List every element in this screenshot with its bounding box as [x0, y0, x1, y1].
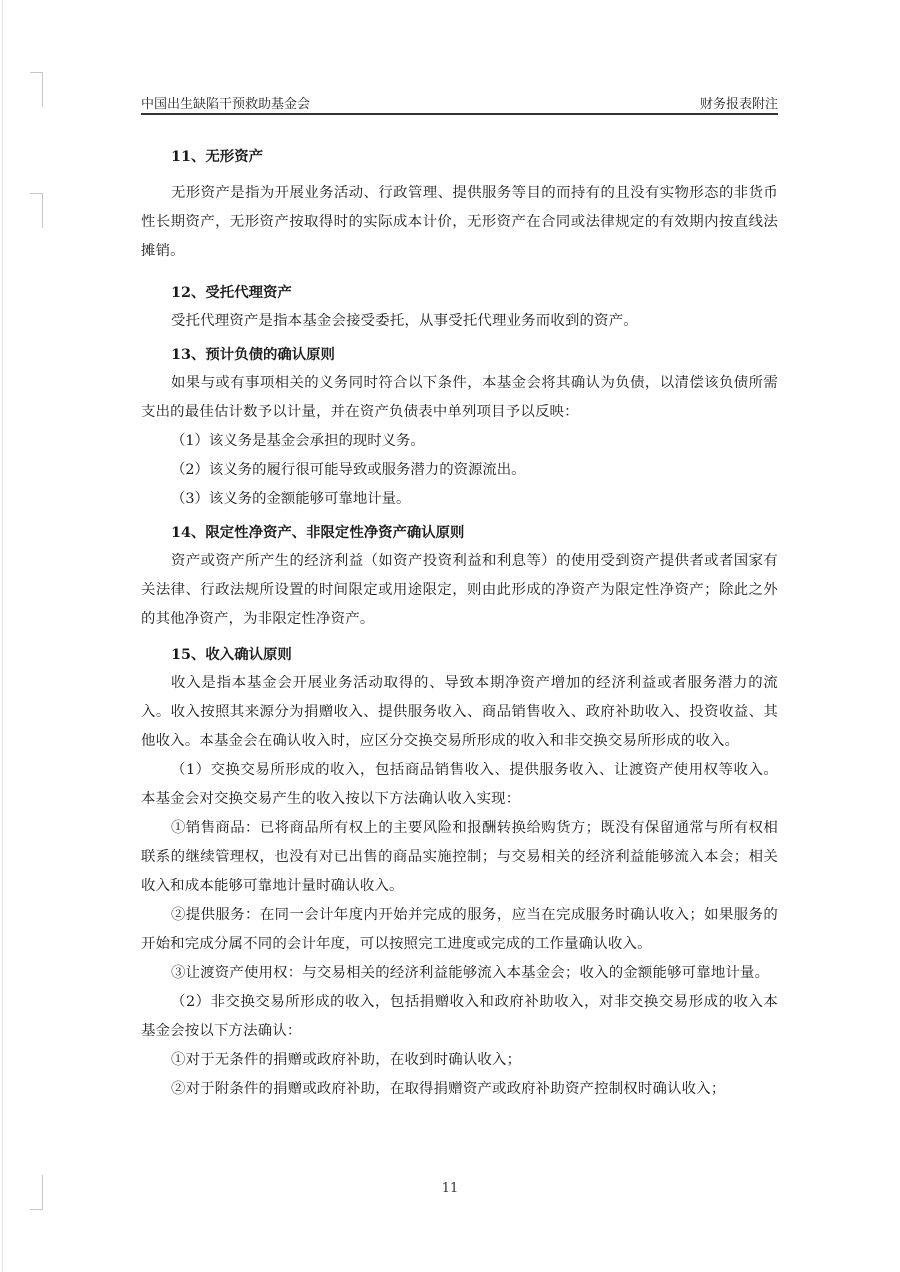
paragraph: ①对于无条件的捐赠或政府补助，在收到时确认收入； — [141, 1046, 778, 1075]
paragraph: （2）非交换交易所形成的收入，包括捐赠收入和政府补助收入，对非交换交易形成的收入… — [141, 988, 778, 1046]
list-item: （3）该义务的金额能够可靠地计量。 — [141, 485, 778, 514]
header-section-name: 财务报表附注 — [700, 93, 778, 112]
section-revenue-recognition: 15、收入确认原则 收入是指本基金会开展业务活动取得的、导致本期净资产增加的经济… — [141, 640, 778, 1104]
section-title: 12、受托代理资产 — [141, 278, 778, 307]
binding-mark — [30, 72, 43, 107]
paragraph: 收入是指本基金会开展业务活动取得的、导致本期净资产增加的经济利益或者服务潜力的流… — [141, 669, 778, 756]
section-title: 11、无形资产 — [141, 142, 778, 171]
header-rule — [141, 113, 778, 115]
section-intangible-assets: 11、无形资产 无形资产是指为开展业务活动、行政管理、提供服务等目的而持有的且没… — [141, 142, 778, 266]
list-item: （2）该义务的履行很可能导致或服务潜力的资源流出。 — [141, 456, 778, 485]
paragraph: 无形资产是指为开展业务活动、行政管理、提供服务等目的而持有的且没有实物形态的非货… — [141, 179, 778, 266]
section-estimated-liabilities: 13、预计负债的确认原则 如果与或有事项相关的义务同时符合以下条件，本基金会将其… — [141, 340, 778, 514]
paragraph: 资产或资产所产生的经济利益（如资产投资利益和利息等）的使用受到资产提供者或者国家… — [141, 547, 778, 634]
paragraph: ②对于附条件的捐赠或政府补助，在取得捐赠资产或政府补助资产控制权时确认收入； — [141, 1075, 778, 1104]
paragraph: ①销售商品：已将商品所有权上的主要风险和报酬转换给购货方；既没有保留通常与所有权… — [141, 814, 778, 901]
binding-mark — [30, 193, 43, 228]
paragraph: （1）交换交易所形成的收入，包括商品销售收入、提供服务收入、让渡资产使用权等收入… — [141, 756, 778, 814]
section-title: 15、收入确认原则 — [141, 640, 778, 669]
condition-list: （1）该义务是基金会承担的现时义务。 （2）该义务的履行很可能导致或服务潜力的资… — [141, 427, 778, 514]
header-organization: 中国出生缺陷干预救助基金会 — [141, 93, 310, 112]
paragraph: 如果与或有事项相关的义务同时符合以下条件，本基金会将其确认为负债，以清偿该负债所… — [141, 369, 778, 427]
list-item: （1）该义务是基金会承担的现时义务。 — [141, 427, 778, 456]
section-title: 13、预计负债的确认原则 — [141, 340, 778, 369]
document-body: 11、无形资产 无形资产是指为开展业务活动、行政管理、提供服务等目的而持有的且没… — [141, 142, 778, 1104]
scan-edge-line — [2, 0, 3, 1272]
paragraph: 受托代理资产是指本基金会接受委托，从事受托代理业务而收到的资产。 — [141, 307, 778, 336]
paragraph: ③让渡资产使用权：与交易相关的经济利益能够流入本基金会；收入的金额能够可靠地计量… — [141, 959, 778, 988]
page-number: 11 — [0, 1181, 900, 1196]
paragraph: ②提供服务：在同一会计年度内开始并完成的服务，应当在完成服务时确认收入；如果服务… — [141, 901, 778, 959]
section-title: 14、限定性净资产、非限定性净资产确认原则 — [141, 518, 778, 547]
section-net-assets: 14、限定性净资产、非限定性净资产确认原则 资产或资产所产生的经济利益（如资产投… — [141, 518, 778, 634]
page-header: 中国出生缺陷干预救助基金会 财务报表附注 — [141, 90, 778, 112]
section-custodial-assets: 12、受托代理资产 受托代理资产是指本基金会接受委托，从事受托代理业务而收到的资… — [141, 278, 778, 336]
